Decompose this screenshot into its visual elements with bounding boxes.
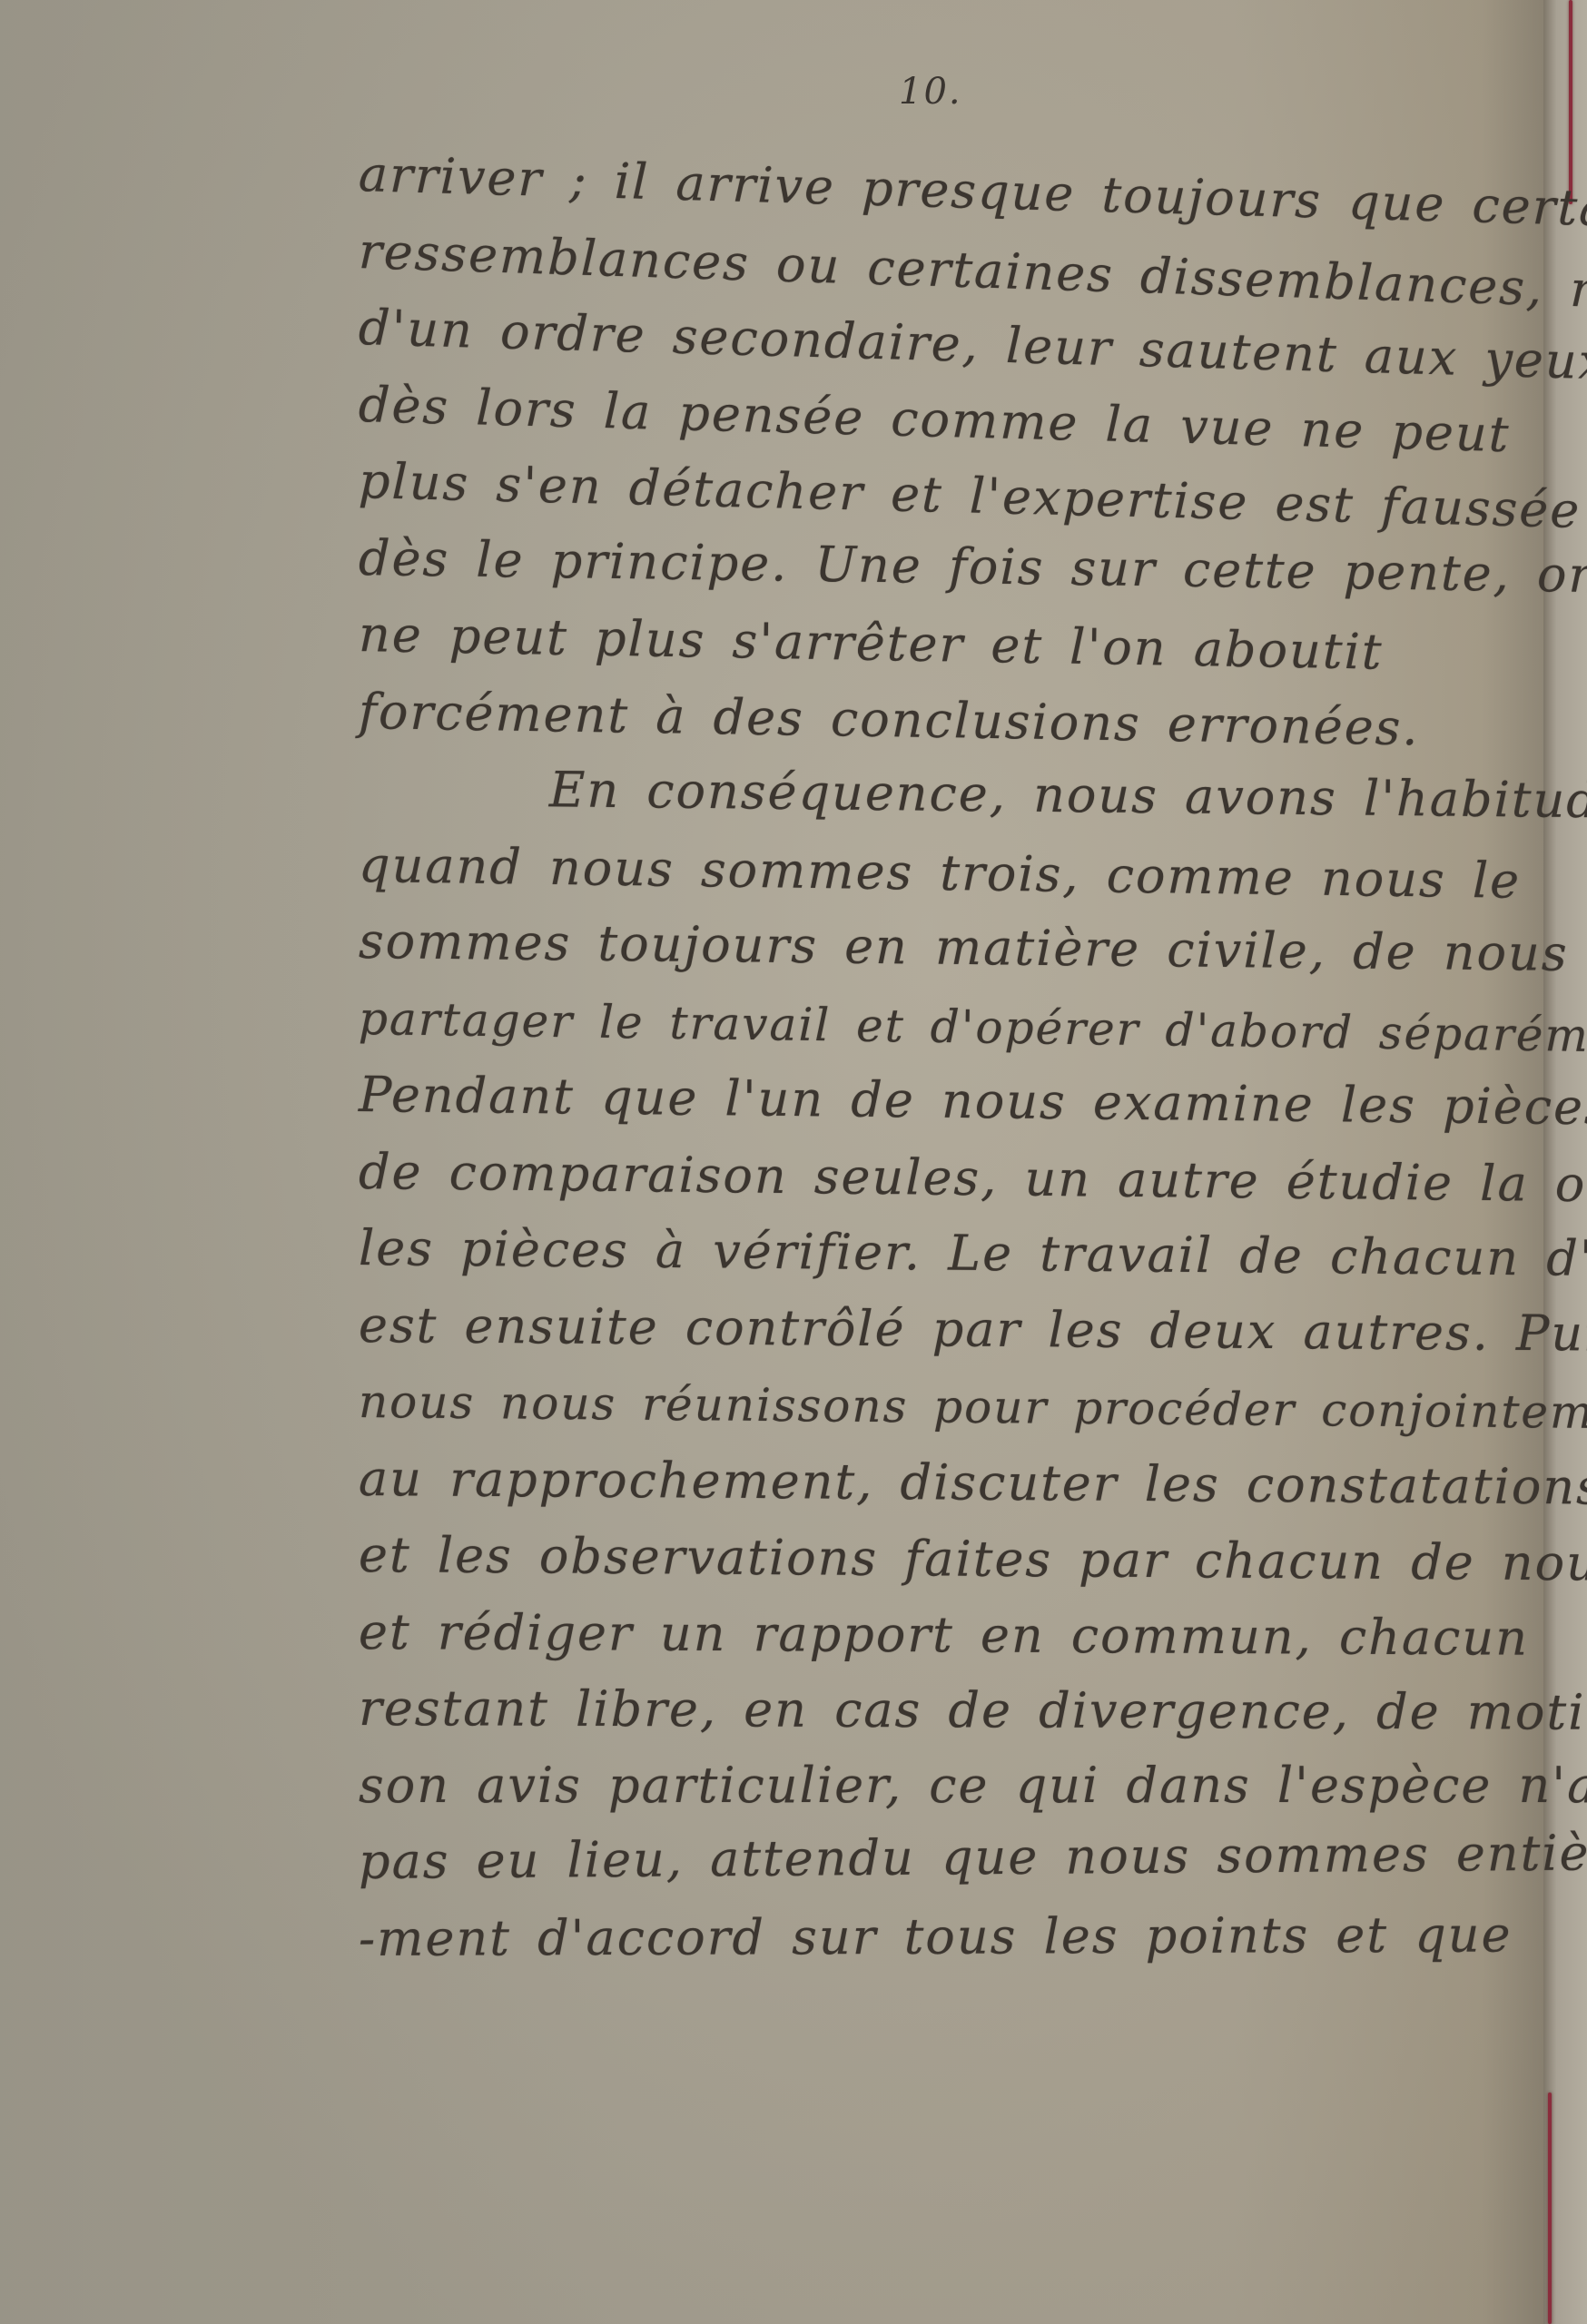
text-line: les pièces à vérifier. Le travail de cha…: [359, 1210, 1540, 1297]
text-line: sommes toujours en matière civile, de no…: [359, 903, 1540, 992]
handwritten-text-body: arriver ; il arrive presque toujours que…: [359, 136, 1539, 1977]
text-line: pas eu lieu, attendu que nous sommes ent…: [359, 1816, 1540, 1901]
binding-thread-bottom: [1548, 2093, 1552, 2324]
text-line: son avis particulier, ce qui dans l'espè…: [359, 1748, 1539, 1825]
text-line: nous nous réunissons pour procéder conjo…: [359, 1364, 1540, 1451]
page-number: 10.: [899, 71, 962, 113]
text-line: restant libre, en cas de divergence, de …: [359, 1670, 1539, 1751]
text-line: et rédiger un rapport en commun, chacun: [359, 1594, 1539, 1677]
text-line: Pendant que l'un de nous examine les piè…: [359, 1057, 1540, 1146]
text-line: -ment d'accord sur tous les points et qu…: [359, 1896, 1539, 1977]
paragraph-start-line: En conséquence, nous avons l'habitude: [359, 750, 1540, 839]
text-line: est ensuite contrôlé par les deux autres…: [359, 1287, 1540, 1373]
text-line: et les observations faites par chacun de…: [359, 1517, 1540, 1602]
text-line: de comparaison seules, un autre étudie l…: [359, 1134, 1540, 1223]
text-line: au rapprochement, discuter les constatat…: [359, 1441, 1540, 1526]
binding-thread-top: [1569, 0, 1572, 204]
